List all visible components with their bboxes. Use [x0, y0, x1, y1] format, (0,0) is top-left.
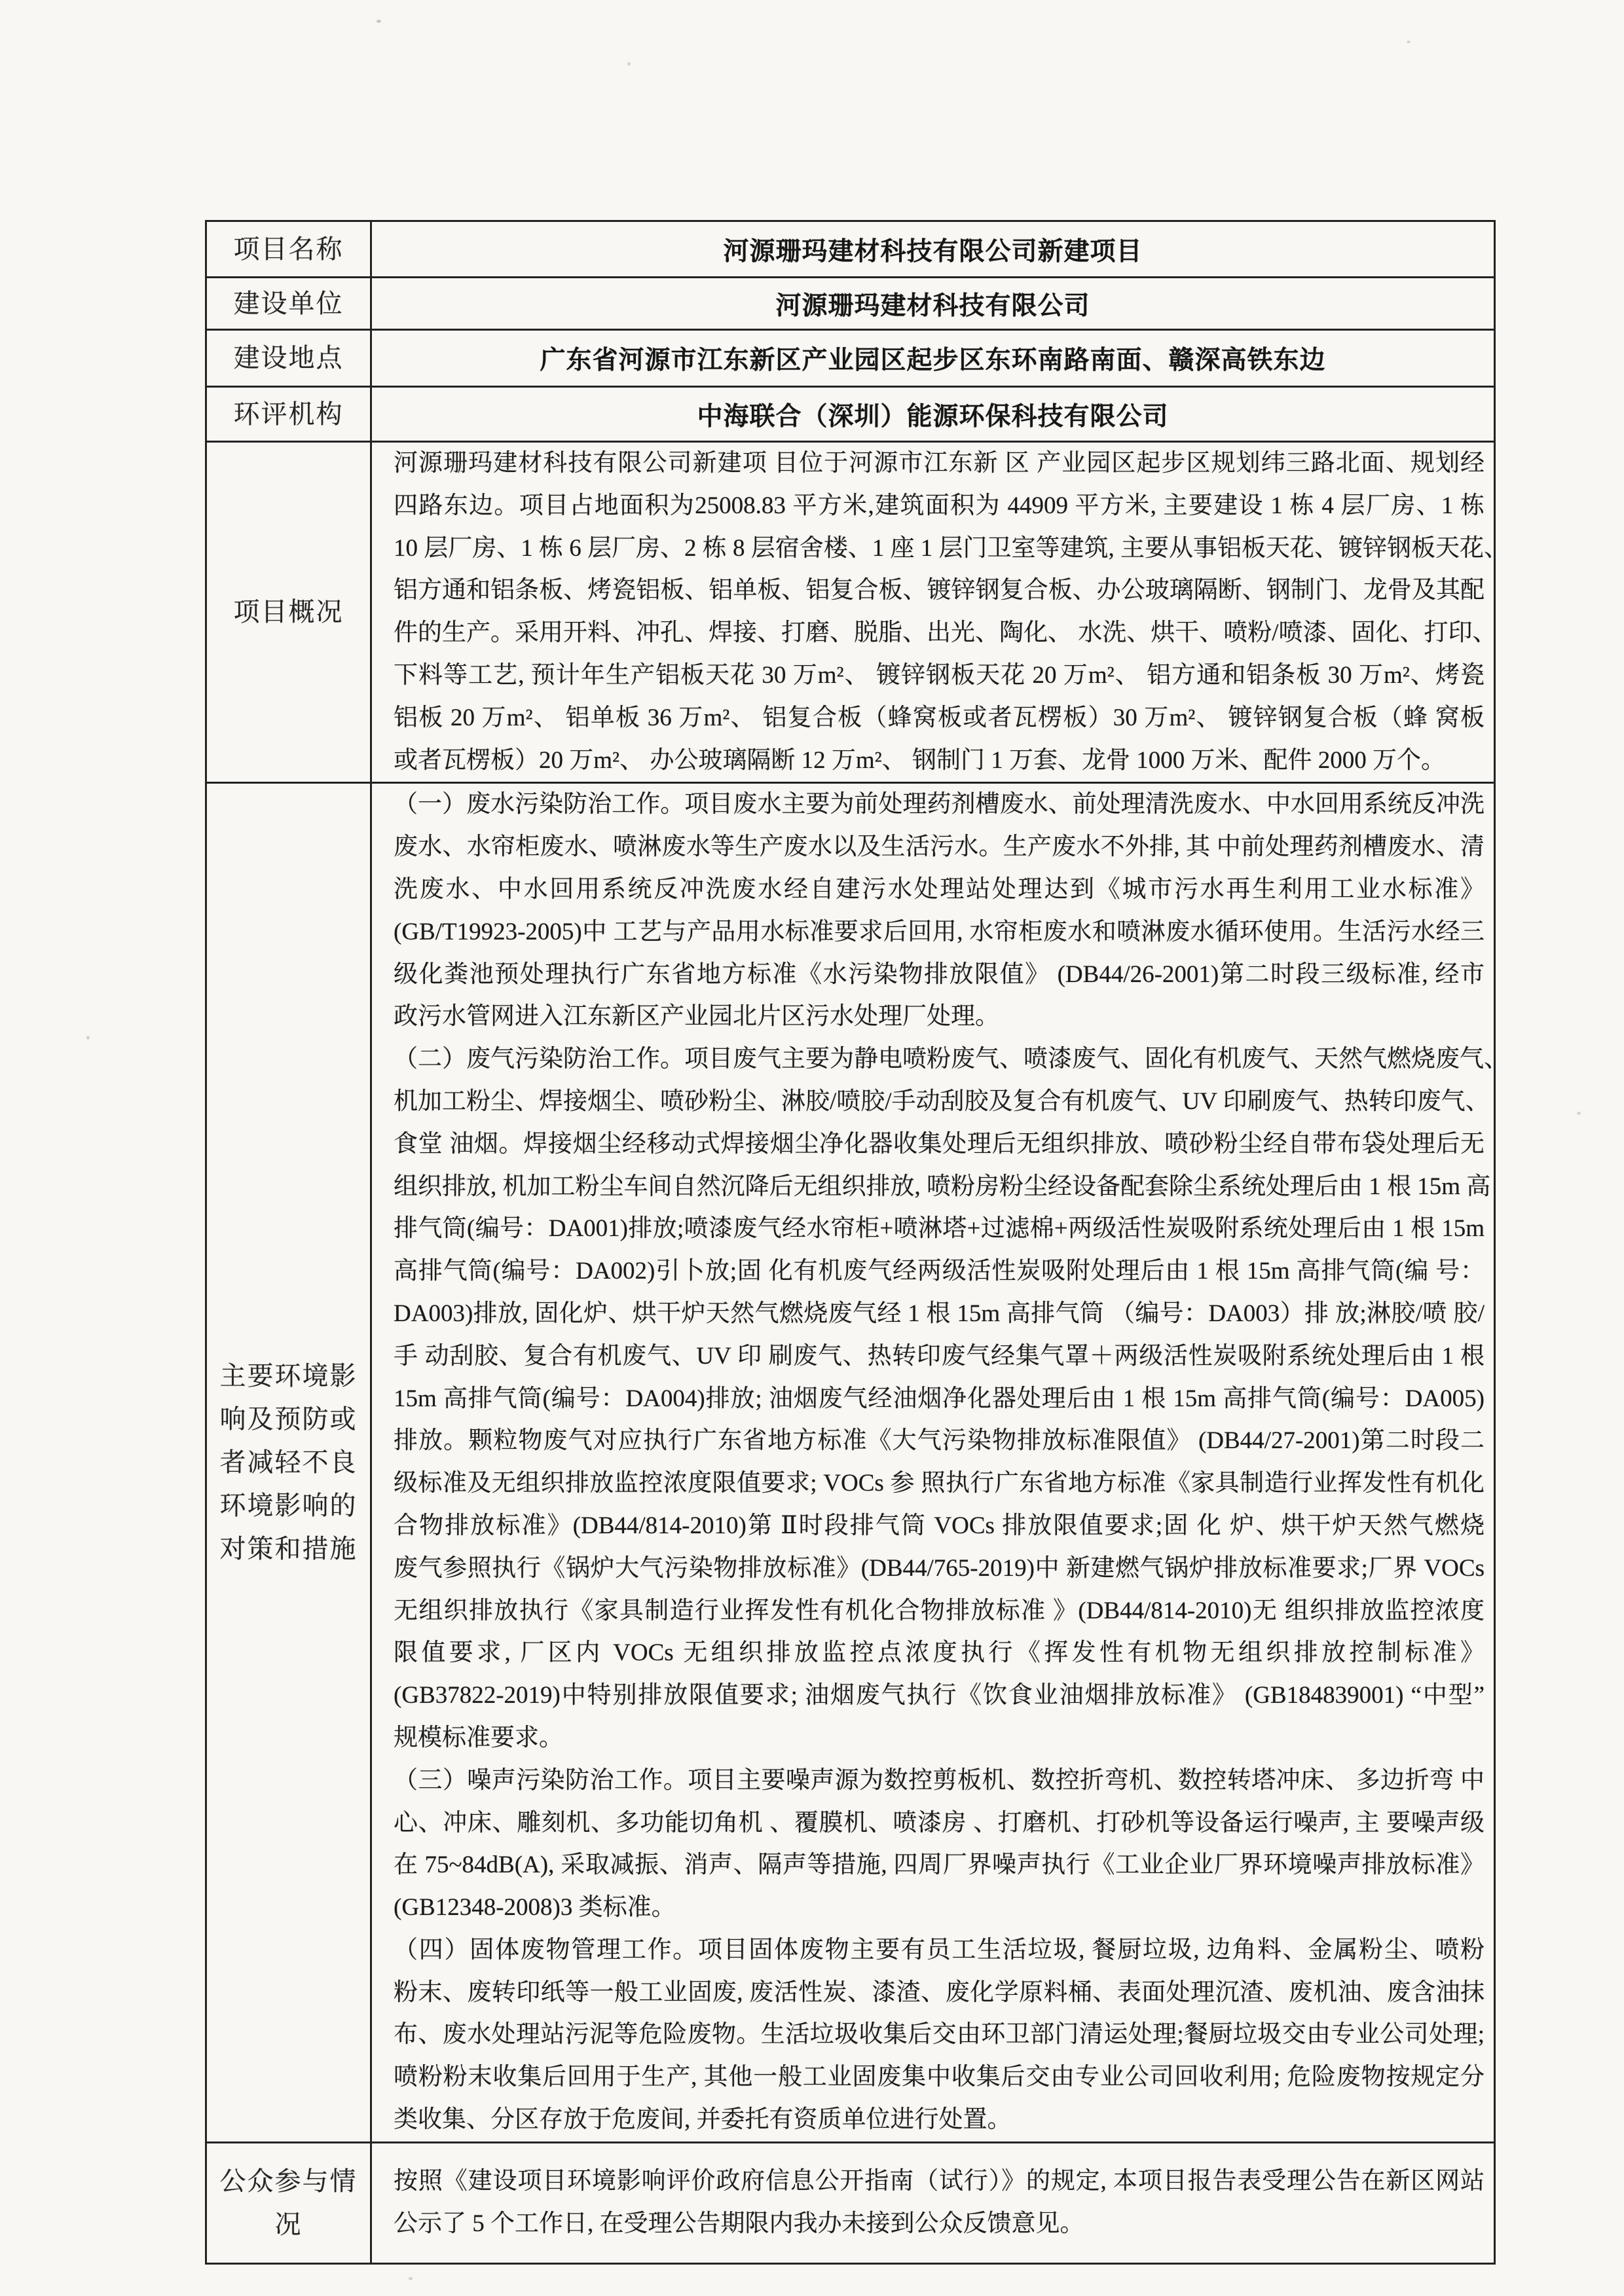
row-project-overview: 项目概况 河源珊玛建材科技有限公司新建项 目位于河源市江东新 区 产业园区起步区…: [206, 442, 1495, 783]
label-line: 况: [275, 2203, 303, 2246]
label-line: 建设地点: [234, 337, 344, 380]
project-overview-text-cell: 河源珊玛建材科技有限公司新建项 目位于河源市江东新 区 产业园区起步区规划纬三路…: [371, 442, 1495, 783]
label-line: 项目名称: [234, 228, 344, 271]
scan-speck: [409, 2277, 413, 2280]
text-line: 洗废水、中水回用系统反冲洗废水经自建污水处理站处理达到《城市污水再生利用工业水标…: [394, 869, 1485, 911]
label-line: 环境影响的: [220, 1484, 358, 1527]
row-label: 环评机构: [207, 388, 370, 441]
label-line: 主要环境影: [220, 1355, 358, 1398]
text-line: (GB37822-2019)中特别排放限值要求; 油烟废气执行《饮食业油烟排放标…: [394, 1675, 1485, 1717]
text-line: 心、冲床、雕刻机、多功能切角机 、覆膜机、喷漆房 、打磨机、打砂机等设备运行噪声…: [394, 1802, 1485, 1845]
construction-location-value-cell: 广东省河源市江东新区产业园区起步区东环南路南面、赣深高铁东边: [371, 330, 1495, 387]
scan-speck: [627, 62, 631, 65]
row-label: 主要环境影响及预防或者减轻不良环境影响的对策和措施: [207, 784, 370, 2141]
text-line: 15m 高排气筒(编号：DA004)排放; 油烟废气经油烟净化器处理后由 1 根…: [394, 1378, 1485, 1421]
text-line: 类收集、分区存放于危废间, 并委托有资质单位进行处置。: [394, 2099, 1485, 2141]
scanned-document-page: { "document": { "rows": [ { "label_lines…: [0, 0, 1624, 2296]
eia-agency-label-cell: 环评机构: [206, 387, 371, 442]
project-name-value-cell: 河源珊玛建材科技有限公司新建项目: [371, 221, 1495, 278]
label-line: 环评机构: [234, 393, 344, 436]
text-line: 合物排放标准》(DB44/814-2010)第 Ⅱ时段排气筒 VOCs 排放限值…: [394, 1505, 1485, 1548]
label-line: 建设单位: [234, 282, 344, 325]
text-line: 规模标准要求。: [394, 1717, 1485, 1760]
text-line: 公示了 5 个工作日, 在受理公告期限内我办未接到公众反馈意见。: [394, 2203, 1485, 2246]
eia-agency-value-cell: 中海联合（深圳）能源环保科技有限公司: [371, 387, 1495, 442]
eia-agency-value: 中海联合（深圳）能源环保科技有限公司: [697, 403, 1168, 431]
label-line: 者减轻不良: [220, 1441, 358, 1484]
construction-unit-value-cell: 河源珊玛建材科技有限公司: [371, 278, 1495, 330]
eia-approval-table: 项目名称 河源珊玛建材科技有限公司新建项目 建设单位 河源珊玛建材科技有限公司 …: [205, 220, 1496, 2265]
public-participation-text-cell: 按照《建设项目环境影响评价政府信息公开指南（试行）》的规定, 本项目报告表受理公…: [371, 2142, 1495, 2263]
text-line: 食堂 油烟。焊接烟尘经移动式焊接烟尘净化器收集处理后无组织排放、喷砂粉尘经自带布…: [394, 1123, 1485, 1166]
text-line: 限值要求, 厂区内 VOCs 无组织排放监控点浓度执行《挥发性有机物无组织排放控…: [394, 1632, 1485, 1675]
text-line: 铝方通和铝条板、烤瓷铝板、铝单板、铝复合板、镀锌钢复合板、办公玻璃隔断、钢制门、…: [394, 570, 1485, 612]
text-line: 无组织排放执行《家具制造行业挥发性有机化合物排放标准 》(DB44/814-20…: [394, 1590, 1485, 1633]
text-line: 手 动刮胶、复合有机废气、UV 印 刷废气、热转印废气经集气罩＋两级活性炭吸附系…: [394, 1336, 1485, 1378]
text-line: 政污水管网进入江东新区产业园北片区污水处理厂处理。: [394, 996, 1485, 1038]
environmental-measures-text-cell: （一）废水污染防治工作。项目废水主要为前处理药剂槽废水、前处理清洗废水、中水回用…: [371, 783, 1495, 2143]
project-overview-label-cell: 项目概况: [206, 442, 371, 783]
label-line: 对策和措施: [220, 1527, 358, 1571]
row-construction-unit: 建设单位 河源珊玛建材科技有限公司: [206, 278, 1495, 330]
row-label: 项目概况: [207, 443, 370, 782]
text-line: (GB12348-2008)3 类标准。: [394, 1887, 1485, 1929]
project-overview-text: 河源珊玛建材科技有限公司新建项 目位于河源市江东新 区 产业园区起步区规划纬三路…: [372, 443, 1494, 782]
construction-location-label-cell: 建设地点: [206, 330, 371, 387]
text-line: 河源珊玛建材科技有限公司新建项 目位于河源市江东新 区 产业园区起步区规划纬三路…: [394, 443, 1485, 485]
row-project-name: 项目名称 河源珊玛建材科技有限公司新建项目: [206, 221, 1495, 278]
construction-location-value: 广东省河源市江东新区产业园区起步区东环南路南面、赣深高铁东边: [540, 346, 1325, 374]
construction-unit-value: 河源珊玛建材科技有限公司: [775, 292, 1090, 320]
scan-speck: [1577, 1112, 1581, 1115]
row-eia-agency: 环评机构 中海联合（深圳）能源环保科技有限公司: [206, 387, 1495, 442]
text-line: （一）废水污染防治工作。项目废水主要为前处理药剂槽废水、前处理清洗废水、中水回用…: [394, 784, 1485, 826]
text-line: 级标准及无组织排放监控浓度限值要求; VOCs 参 照执行广东省地方标准《家具制…: [394, 1463, 1485, 1505]
row-label: 建设地点: [207, 331, 370, 386]
text-line: 四路东边。项目占地面积为25008.83 平方米,建筑面积为 44909 平方米…: [394, 485, 1485, 528]
project-name-value: 河源珊玛建材科技有限公司新建项目: [723, 238, 1142, 266]
environmental-measures-text: （一）废水污染防治工作。项目废水主要为前处理药剂槽废水、前处理清洗废水、中水回用…: [372, 784, 1494, 2141]
text-line: 排气筒(编号：DA001)排放;喷漆废气经水帘柜+喷淋塔+过滤棉+两级活性炭吸附…: [394, 1208, 1485, 1250]
project-name-label-cell: 项目名称: [206, 221, 371, 278]
text-line: 喷粉粉末收集后回用于生产, 其他一般工业固废集中收集后交由专业公司回收利用; 危…: [394, 2056, 1485, 2099]
construction-unit-label-cell: 建设单位: [206, 278, 371, 330]
text-line: 或者瓦楞板）20 万m²、 办公玻璃隔断 12 万m²、 钢制门 1 万套、龙骨…: [394, 740, 1485, 782]
text-line: 级化粪池预处理执行广东省地方标准《水污染物排放限值》 (DB44/26-2001…: [394, 954, 1485, 996]
text-line: 件的生产。采用开料、冲孔、焊接、打磨、脱脂、出光、陶化、 水洗、烘干、喷粉/喷漆…: [394, 612, 1485, 655]
label-line: 响及预防或: [220, 1398, 358, 1441]
row-label: 建设单位: [207, 278, 370, 329]
text-line: （四）固体废物管理工作。项目固体废物主要有员工生活垃圾, 餐厨垃圾, 边角料、金…: [394, 1929, 1485, 1972]
text-line: （三）噪声污染防治工作。项目主要噪声源为数控剪板机、数控折弯机、数控转塔冲床、 …: [394, 1760, 1485, 1802]
row-environmental-measures: 主要环境影响及预防或者减轻不良环境影响的对策和措施 （一）废水污染防治工作。项目…: [206, 783, 1495, 2143]
text-line: （二）废气污染防治工作。项目废气主要为静电喷粉废气、喷漆废气、固化有机废气、天然…: [394, 1038, 1485, 1081]
row-construction-location: 建设地点 广东省河源市江东新区产业园区起步区东环南路南面、赣深高铁东边: [206, 330, 1495, 387]
text-line: 组织排放, 机加工粉尘车间自然沉降后无组织排放, 喷粉房粉尘经设备配套除尘系统处…: [394, 1166, 1485, 1209]
text-line: 铝板 20 万m²、 铝单板 36 万m²、 铝复合板（蜂窝板或者瓦楞板）30 …: [394, 697, 1485, 740]
scan-speck: [86, 1036, 90, 1040]
text-line: 高排气筒(编号：DA002)引卜放;固 化有机废气经两级活性炭吸附处理后由 1 …: [394, 1250, 1485, 1293]
text-line: 布、废水处理站污泥等危险废物。生活垃圾收集后交由环卫部门清运处理;餐厨垃圾交由专…: [394, 2014, 1485, 2056]
text-line: 废水、水帘柜废水、喷淋废水等生产废水以及生活污水。生产废水不外排, 其 中前处理…: [394, 826, 1485, 869]
public-participation-label-cell: 公众参与情况: [206, 2142, 371, 2263]
public-participation-text: 按照《建设项目环境影响评价政府信息公开指南（试行）》的规定, 本项目报告表受理公…: [372, 2160, 1494, 2246]
label-line: 公众参与情: [220, 2160, 358, 2203]
row-label: 公众参与情况: [207, 2143, 370, 2263]
text-line: 10 层厂房、1 栋 6 层厂房、2 栋 8 层宿舍楼、1 座 1 层门卫室等建…: [394, 528, 1485, 570]
text-line: 废气参照执行《锅炉大气污染物排放标准》(DB44/765-2019)中 新建燃气…: [394, 1548, 1485, 1590]
environmental-measures-label-cell: 主要环境影响及预防或者减轻不良环境影响的对策和措施: [206, 783, 371, 2143]
scan-speck: [377, 20, 381, 23]
text-line: 下料等工艺, 预计年生产铝板天花 30 万m²、 镀锌钢板天花 20 万m²、 …: [394, 655, 1485, 697]
scan-speck: [1407, 41, 1411, 43]
text-line: 排放。颗粒物废气对应执行广东省地方标准《大气污染物排放标准限值》 (DB44/2…: [394, 1420, 1485, 1463]
text-line: 粉末、废转印纸等一般工业固废, 废活性炭、漆渣、废化学原料桶、表面处理沉渣、废机…: [394, 1972, 1485, 2014]
row-label: 项目名称: [207, 222, 370, 276]
text-line: 按照《建设项目环境影响评价政府信息公开指南（试行）》的规定, 本项目报告表受理公…: [394, 2160, 1485, 2203]
label-line: 项目概况: [234, 591, 344, 634]
row-public-participation: 公众参与情况 按照《建设项目环境影响评价政府信息公开指南（试行）》的规定, 本项…: [206, 2142, 1495, 2263]
text-line: 在 75~84dB(A), 采取减振、消声、隔声等措施, 四周厂界噪声执行《工业…: [394, 1844, 1485, 1887]
text-line: 机加工粉尘、焊接烟尘、喷砂粉尘、淋胶/喷胶/手动刮胶及复合有机废气、UV 印刷废…: [394, 1081, 1485, 1123]
text-line: DA003)排放, 固化炉、烘干炉天然气燃烧废气经 1 根 15m 高排气筒 （…: [394, 1293, 1485, 1336]
text-line: (GB/T19923-2005)中 工艺与产品用水标准要求后回用, 水帘柜废水和…: [394, 911, 1485, 954]
